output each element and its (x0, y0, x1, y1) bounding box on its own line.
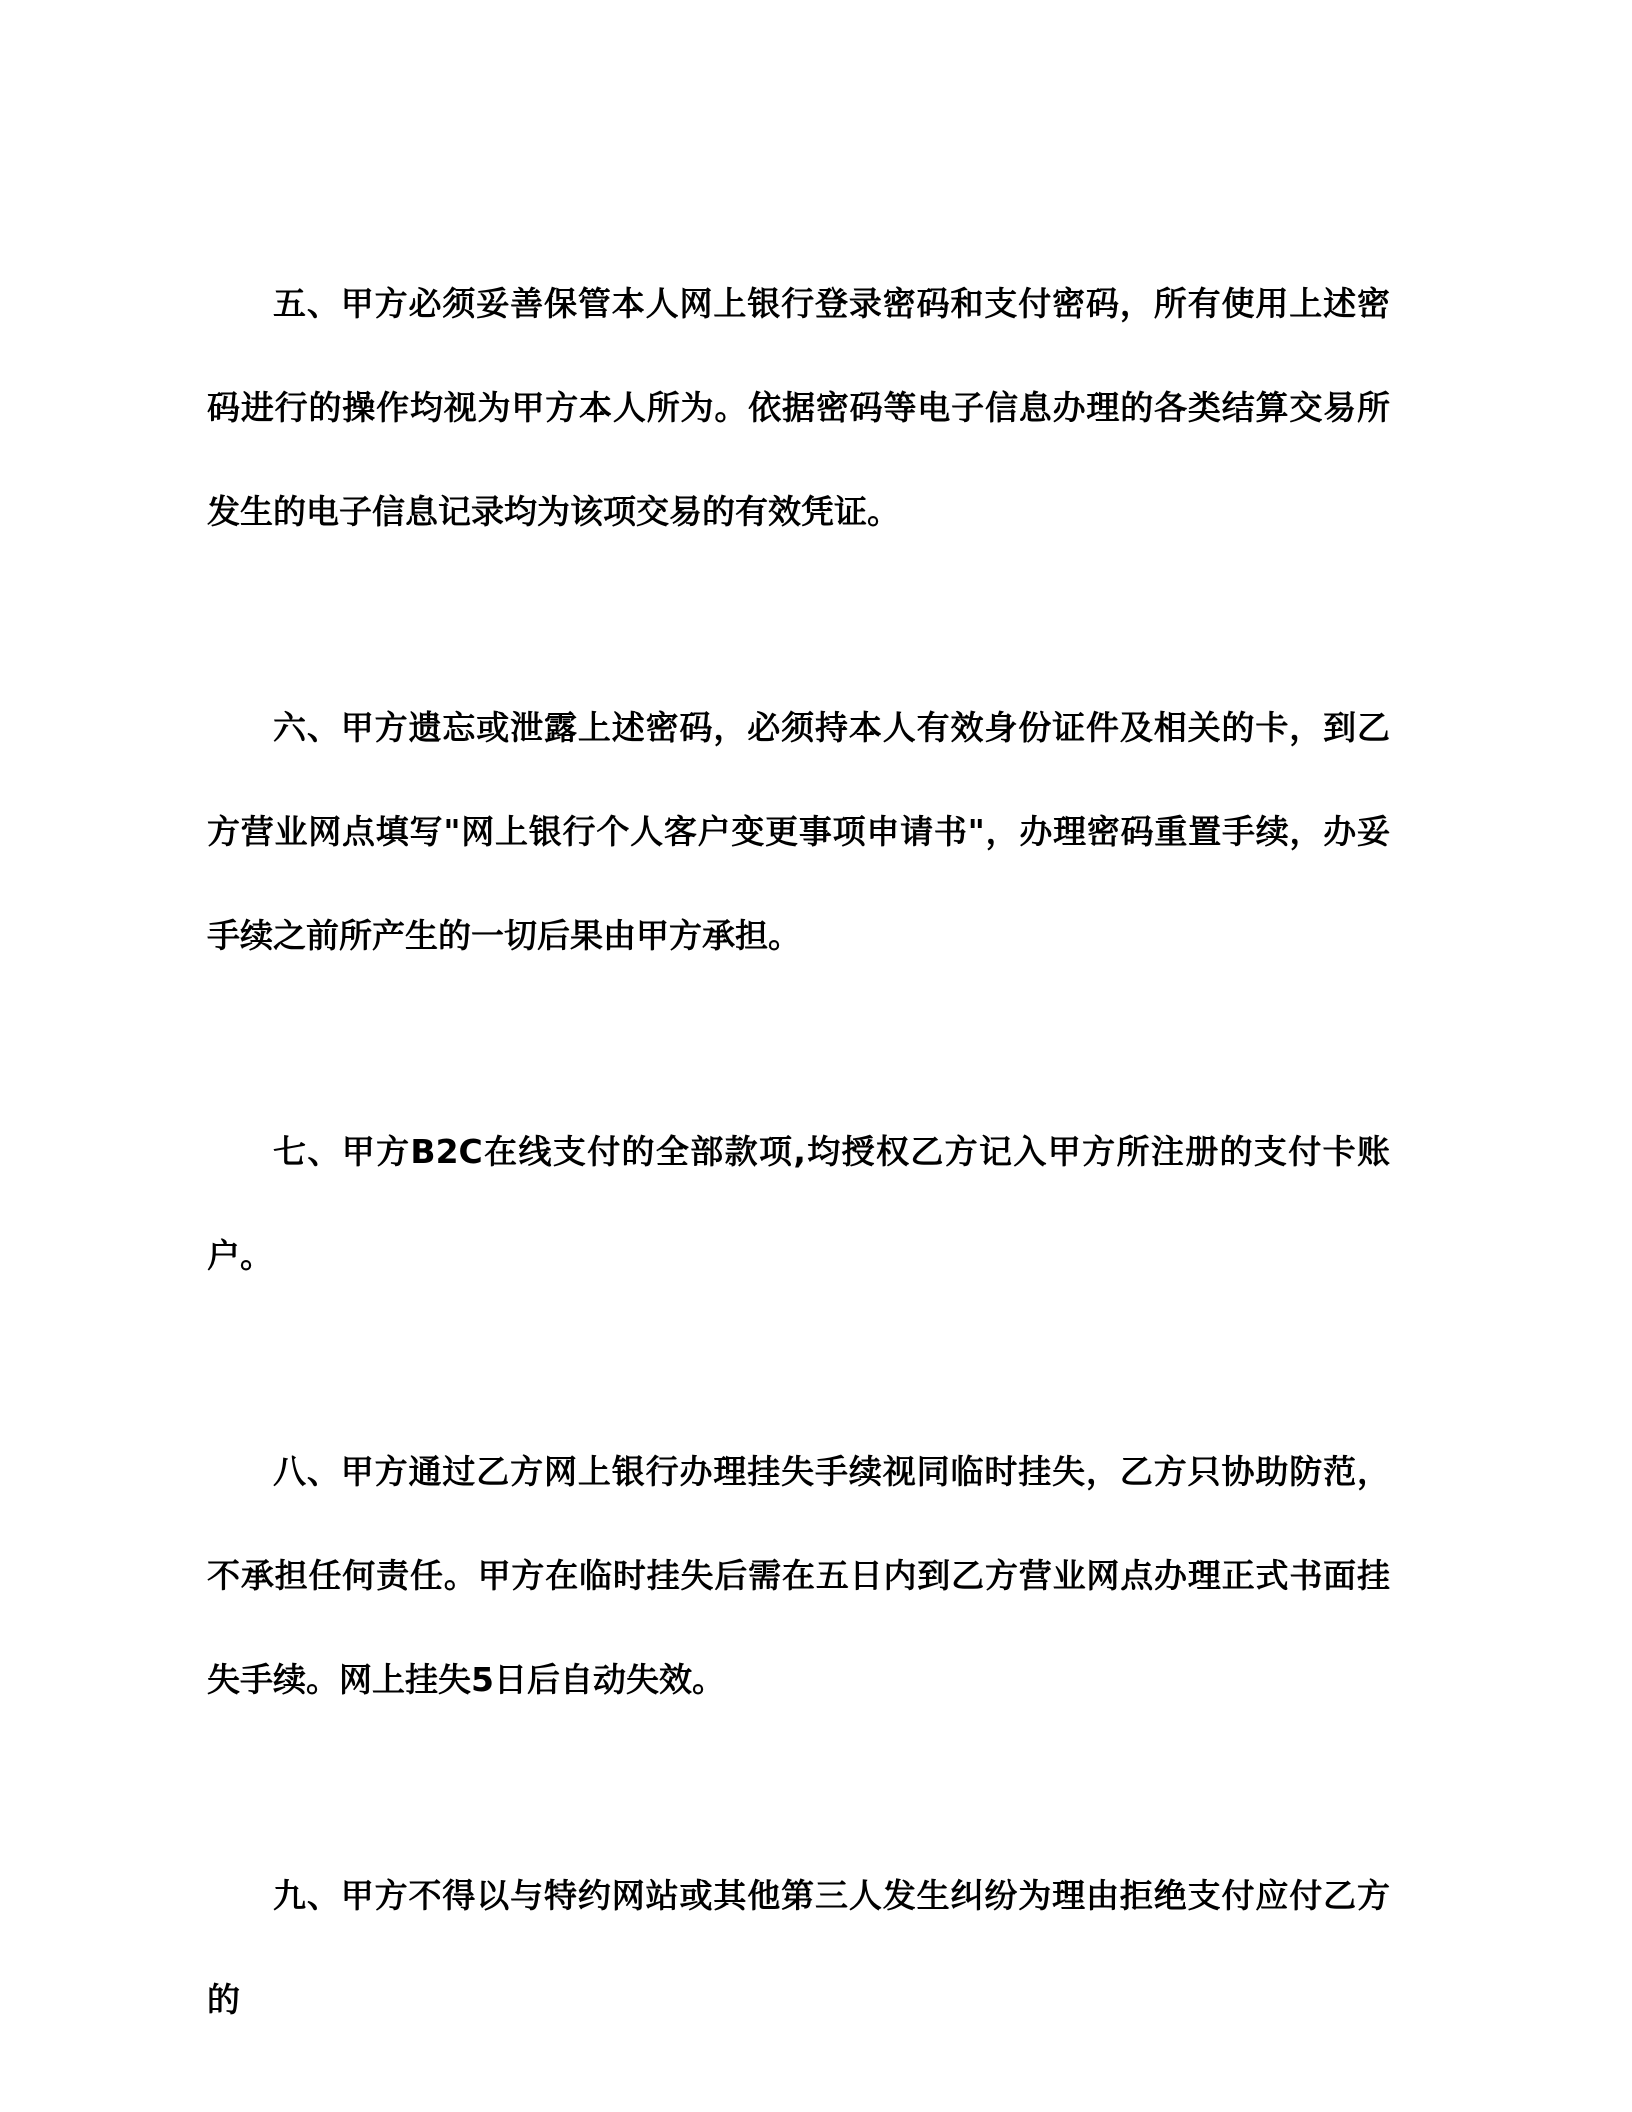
contract-clause-5: 五、甲方必须妥善保管本人网上银行登录密码和支付密码，所有使用上述密码进行的操作均… (207, 252, 1390, 564)
contract-clause-9: 九、甲方不得以与特约网站或其他第三人发生纠纷为理由拒绝支付应付乙方的 (207, 1844, 1390, 2052)
contract-clause-6: 六、甲方遗忘或泄露上述密码，必须持本人有效身份证件及相关的卡，到乙方营业网点填写… (207, 676, 1390, 988)
contract-clause-8: 八、甲方通过乙方网上银行办理挂失手续视同临时挂失，乙方只协助防范，不承担任何责任… (207, 1420, 1390, 1732)
contract-document-page: 五、甲方必须妥善保管本人网上银行登录密码和支付密码，所有使用上述密码进行的操作均… (0, 0, 1632, 2112)
contract-clause-7: 七、甲方B2C在线支付的全部款项,均授权乙方记入甲方所注册的支付卡账户。 (207, 1100, 1390, 1308)
